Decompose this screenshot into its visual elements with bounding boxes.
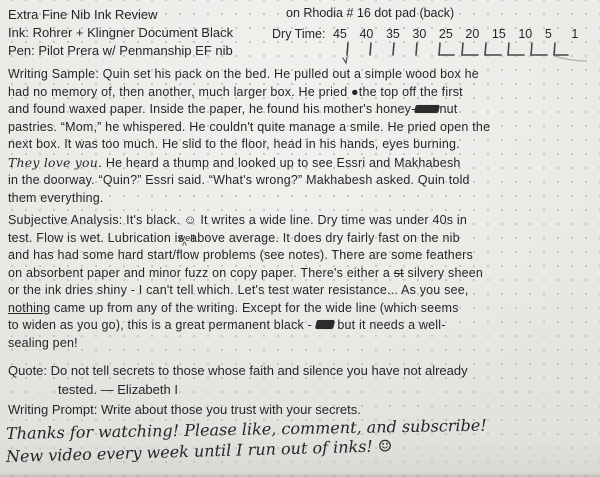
crossed-out-text: st xyxy=(394,266,404,280)
writing-sample-line: They love you. He heard a thump and look… xyxy=(8,154,490,173)
text-segment: He heard a thump and looked up to see Es… xyxy=(102,156,460,170)
subjective-line: and has had some hard start/flow problem… xyxy=(8,247,483,265)
subjective-analysis-paragraph: Subjective Analysis: It's black. ☺ It wr… xyxy=(8,212,483,352)
quote-attribution: tested. — Elizabeth I xyxy=(8,380,468,399)
writing-sample-line: pastries. “Mom,” he whispered. He couldn… xyxy=(8,119,490,137)
subjective-line: test. Flow is wet. Lubrication is^wellab… xyxy=(8,230,483,248)
subjective-line: Subjective Analysis: It's black. ☺ It wr… xyxy=(8,212,483,230)
underlined-word: nothing xyxy=(8,301,50,315)
quote-line: Quote: Do not tell secrets to those whos… xyxy=(8,361,468,380)
text-segment: but it needs a well- xyxy=(334,318,446,332)
subjective-line: to widen as you go), this is a great per… xyxy=(8,317,483,335)
writing-sample-line: Writing Sample: Quin set his pack on the… xyxy=(8,66,490,84)
subjective-line: or the ink dries shiny - I can't tell wh… xyxy=(8,282,483,300)
text-segment: above average. It does dry fairly fast o… xyxy=(190,231,460,245)
text-segment: silvery sheen xyxy=(404,266,483,280)
ink-scribble xyxy=(415,105,441,113)
notebook-page: Extra Fine Nib Ink Review Ink: Rohrer + … xyxy=(0,0,600,477)
paper-type-line: on Rhodia # 16 dot pad (back) xyxy=(272,4,594,22)
subjective-line: sealing pen! xyxy=(8,335,483,353)
writing-sample-line: in the doorway. “Quin?” Essri said. “Wha… xyxy=(8,172,490,190)
text-segment: came up from any of the writing. Except … xyxy=(50,301,458,315)
writing-sample-paragraph: Writing Sample: Quin set his pack on the… xyxy=(8,66,490,207)
inserted-word: well xyxy=(178,230,194,248)
ink-scribble xyxy=(315,320,335,329)
writing-sample-line: and found waxed paper. Inside the paper,… xyxy=(8,101,490,119)
pen-name-line: Pen: Pilot Prera w/ Penmanship EF nib xyxy=(8,42,233,60)
dry-time-ticks xyxy=(338,40,588,66)
text-segment: on absorbent paper and minor fuzz on cop… xyxy=(8,266,394,280)
writing-sample-line: had no memory of, then another, much lar… xyxy=(8,84,490,102)
page-edge-shadow xyxy=(0,473,600,477)
subjective-line: nothing came up from any of the writing.… xyxy=(8,300,483,318)
header-right: on Rhodia # 16 dot pad (back) Dry Time: … xyxy=(272,4,594,43)
page-title: Extra Fine Nib Ink Review xyxy=(8,6,233,24)
text-segment: nut xyxy=(439,102,457,116)
quote-section: Quote: Do not tell secrets to those whos… xyxy=(8,361,468,419)
writing-sample-line: next box. It was too much. He slid to th… xyxy=(8,136,490,154)
outro-section: Thanks for watching! Please like, commen… xyxy=(6,422,487,468)
dry-time-label: Dry Time: xyxy=(272,27,325,41)
subjective-line: on absorbent paper and minor fuzz on cop… xyxy=(8,265,483,283)
writing-sample-line: them everything. xyxy=(8,190,490,208)
header-left: Extra Fine Nib Ink Review Ink: Rohrer + … xyxy=(8,6,233,60)
text-segment: and found waxed paper. Inside the paper,… xyxy=(8,102,415,116)
text-segment: to widen as you go), this is a great per… xyxy=(8,318,316,332)
emphasized-cursive-text: They love you. xyxy=(8,155,102,170)
ink-name-line: Ink: Rohrer + Klingner Document Black xyxy=(8,24,233,42)
text-segment: test. Flow is wet. Lubrication is xyxy=(8,231,184,245)
